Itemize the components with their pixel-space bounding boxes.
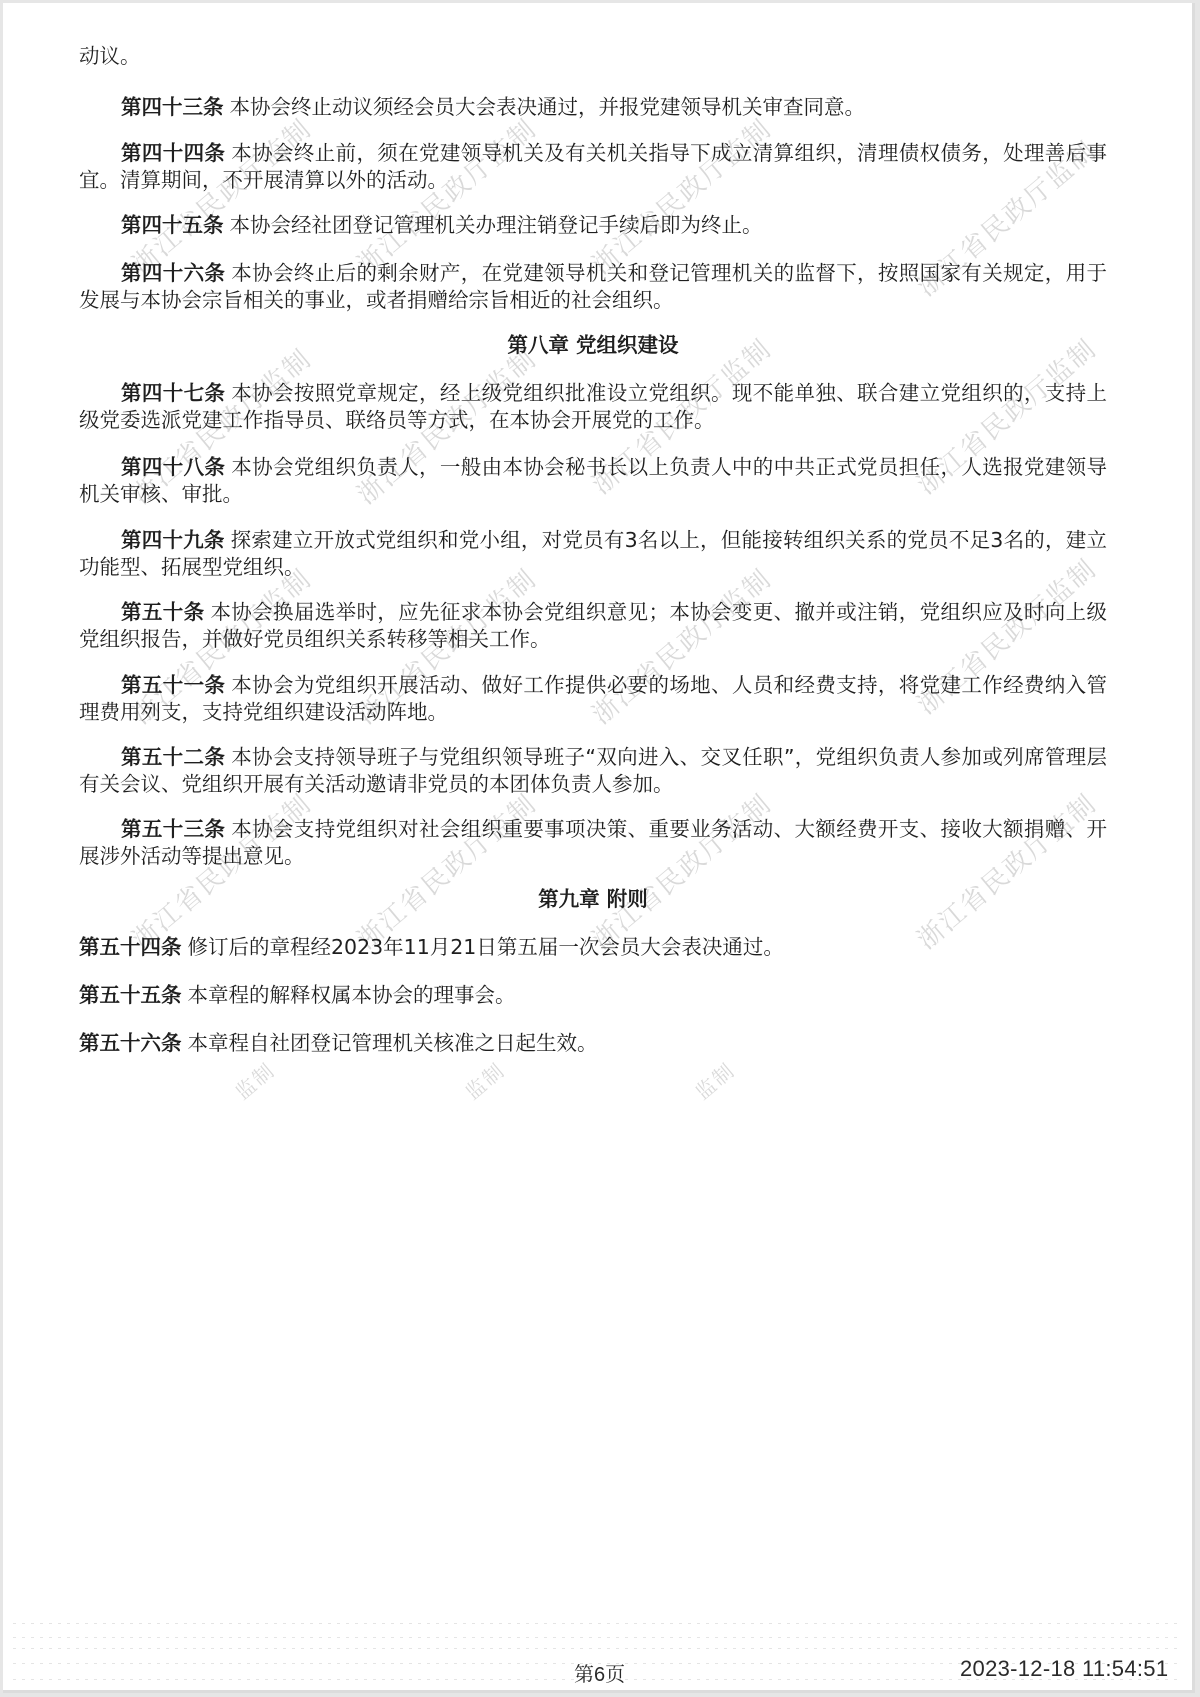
watermark: 浙江省民政厅监制 xyxy=(583,784,778,956)
continued-fragment: 动议。 xyxy=(79,43,1107,70)
page-number: 第6页 xyxy=(574,1658,625,1687)
article-46: 第四十六条本协会终止后的剩余财产，在党建领导机关和登记管理机关的监督下，按照国家… xyxy=(79,260,1107,314)
fragment-text: 动议。 xyxy=(79,44,141,68)
article-text: 本协会换届选举时，应先征求本协会党组织意见；本协会变更、撤并或注销，党组织应及时… xyxy=(79,600,1107,651)
article-50: 第五十条本协会换届选举时，应先征求本协会党组织意见；本协会变更、撤并或注销，党组… xyxy=(79,599,1107,653)
article-54: 第五十四条修订后的章程经2023年11月21日第五届一次会员大会表决通过。 xyxy=(79,934,1107,961)
watermark: 浙江省民政厅监制 xyxy=(123,784,318,956)
article-text: 本协会为党组织开展活动、做好工作提供必要的场地、人员和经费支持，将党建工作经费纳… xyxy=(79,673,1107,724)
article-text: 本协会按照党章规定，经上级党组织批准设立党组织。现不能单独、联合建立党组织的，支… xyxy=(79,381,1107,432)
article-number: 第四十五条 xyxy=(121,213,224,237)
article-44: 第四十四条本协会终止前，须在党建领导机关及有关机关指导下成立清算组织，清理债权债… xyxy=(79,140,1107,194)
watermark: 监制 xyxy=(458,1055,510,1105)
scan-noise xyxy=(13,1648,1182,1649)
article-number: 第五十二条 xyxy=(121,745,225,769)
article-56: 第五十六条本章程自社团登记管理机关核准之日起生效。 xyxy=(79,1030,1107,1057)
document-page: 浙江省民政厅监制 浙江省民政厅监制 浙江省民政厅监制 浙江省民政厅监制 浙江省民… xyxy=(3,3,1195,1693)
article-number: 第五十条 xyxy=(121,600,204,624)
article-number: 第四十三条 xyxy=(121,95,224,119)
article-number: 第五十四条 xyxy=(79,935,182,959)
article-number: 第五十六条 xyxy=(79,1031,182,1055)
print-timestamp: 2023-12-18 11:54:51 xyxy=(960,1656,1168,1682)
article-text: 本协会党组织负责人，一般由本协会秘书长以上负责人中的中共正式党员担任，人选报党建… xyxy=(79,455,1107,506)
watermark: 浙江省民政厅监制 xyxy=(348,109,543,281)
article-53: 第五十三条本协会支持党组织对社会组织重要事项决策、重要业务活动、大额经费开支、接… xyxy=(79,816,1107,870)
scan-noise xyxy=(13,1623,1182,1624)
watermark: 浙江省民政厅监制 xyxy=(123,109,318,281)
article-number: 第四十四条 xyxy=(121,141,225,165)
watermark: 浙江省民政厅监制 xyxy=(583,109,778,281)
article-text: 本协会支持党组织对社会组织重要事项决策、重要业务活动、大额经费开支、接收大额捐赠… xyxy=(79,817,1107,868)
article-43: 第四十三条本协会终止动议须经会员大会表决通过，并报党建领导机关审查同意。 xyxy=(79,94,1107,121)
article-number: 第四十九条 xyxy=(121,528,225,552)
red-seal-stamp-fragment xyxy=(1142,853,1195,1009)
article-52: 第五十二条本协会支持领导班子与党组织领导班子“双向进入、交叉任职”，党组织负责人… xyxy=(79,744,1107,798)
chapter-heading-8: 第八章 党组织建设 xyxy=(79,332,1107,359)
watermark: 浙江省民政厅监制 xyxy=(348,784,543,956)
chapter-heading-9: 第九章 附则 xyxy=(79,886,1107,913)
article-number: 第五十一条 xyxy=(121,673,225,697)
article-51: 第五十一条本协会为党组织开展活动、做好工作提供必要的场地、人员和经费支持，将党建… xyxy=(79,672,1107,726)
article-text: 本协会支持领导班子与党组织领导班子“双向进入、交叉任职”，党组织负责人参加或列席… xyxy=(79,745,1107,796)
article-number: 第四十六条 xyxy=(121,261,225,285)
watermark: 监制 xyxy=(228,1055,280,1105)
article-text: 本协会终止后的剩余财产，在党建领导机关和登记管理机关的监督下，按照国家有关规定，… xyxy=(79,261,1107,312)
scan-noise xyxy=(13,1637,1182,1638)
watermark: 浙江省民政厅监制 xyxy=(908,784,1103,956)
article-text: 本协会经社团登记管理机关办理注销登记手续后即为终止。 xyxy=(230,213,763,237)
article-text: 本章程自社团登记管理机关核准之日起生效。 xyxy=(188,1031,598,1055)
article-text: 本章程的解释权属本协会的理事会。 xyxy=(188,983,516,1007)
article-45: 第四十五条本协会经社团登记管理机关办理注销登记手续后即为终止。 xyxy=(79,212,1107,239)
article-number: 第四十八条 xyxy=(121,455,225,479)
article-text: 修订后的章程经2023年11月21日第五届一次会员大会表决通过。 xyxy=(188,935,784,959)
article-number: 第四十七条 xyxy=(121,381,225,405)
article-text: 本协会终止动议须经会员大会表决通过，并报党建领导机关审查同意。 xyxy=(230,95,866,119)
article-49: 第四十九条探索建立开放式党组织和党小组，对党员有3名以上，但能接转组织关系的党员… xyxy=(79,527,1107,581)
article-number: 第五十五条 xyxy=(79,983,182,1007)
article-55: 第五十五条本章程的解释权属本协会的理事会。 xyxy=(79,982,1107,1009)
article-text: 本协会终止前，须在党建领导机关及有关机关指导下成立清算组织，清理债权债务，处理善… xyxy=(79,141,1107,192)
article-text: 探索建立开放式党组织和党小组，对党员有3名以上，但能接转组织关系的党员不足3名的… xyxy=(79,528,1107,579)
article-number: 第五十三条 xyxy=(121,817,225,841)
article-47: 第四十七条本协会按照党章规定，经上级党组织批准设立党组织。现不能单独、联合建立党… xyxy=(79,380,1107,434)
article-48: 第四十八条本协会党组织负责人，一般由本协会秘书长以上负责人中的中共正式党员担任，… xyxy=(79,454,1107,508)
watermark: 监制 xyxy=(688,1055,740,1105)
